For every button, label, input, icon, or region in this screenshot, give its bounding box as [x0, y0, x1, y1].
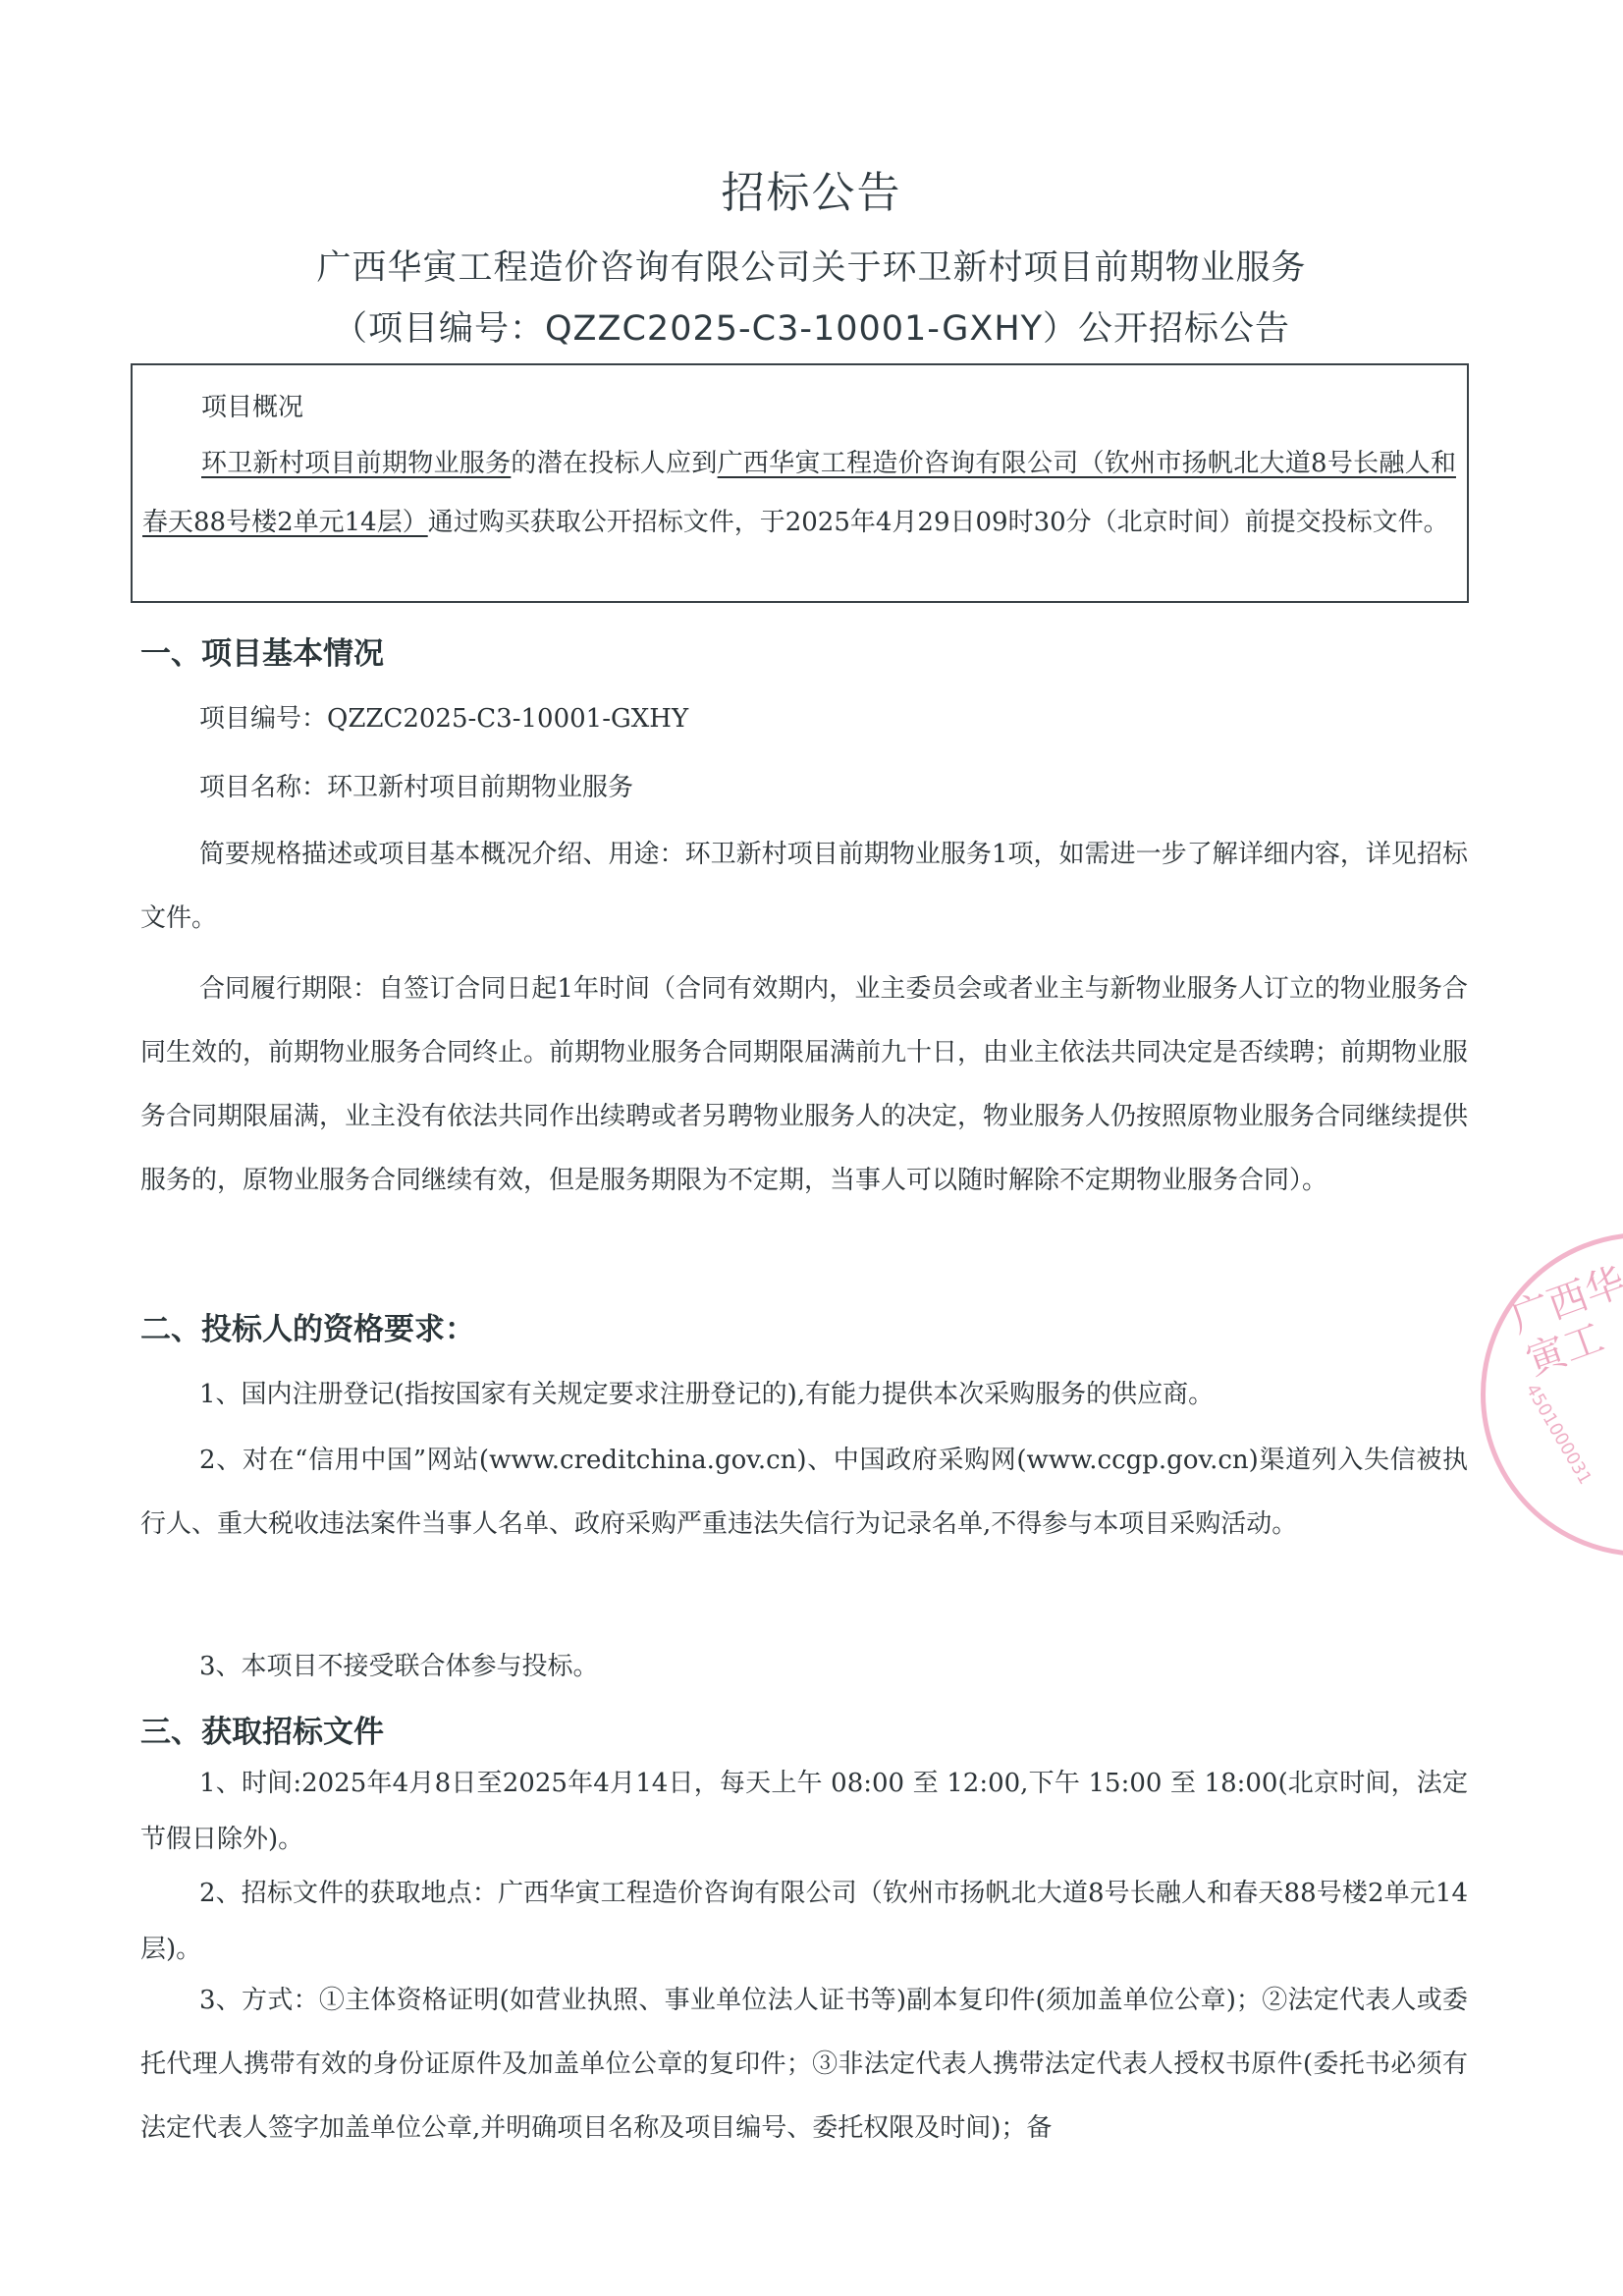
overview-text-1: 的潜在投标人应到: [511, 449, 717, 478]
section1-heading: 一、项目基本情况: [140, 629, 384, 673]
project-summary: 简要规格描述或项目基本概况介绍、用途：环卫新村项目前期物业服务1项，如需进一步了…: [140, 823, 1468, 951]
project-number: 项目编号：QZZC2025-C3-10001-GXHY: [140, 687, 1468, 751]
acquisition-time: 1、时间:2025年4月8日至2025年4月14日，每天上午 08:00 至 1…: [140, 1756, 1468, 1868]
project-name: 项目名称：环卫新村项目前期物业服务: [140, 756, 1468, 820]
document-subtitle-line2: （项目编号：QZZC2025-C3-10001-GXHY）公开招标公告: [0, 301, 1623, 351]
section3-heading: 三、获取招标文件: [140, 1707, 384, 1751]
qualification-item-1: 1、国内注册登记(指按国家有关规定要求注册登记的),有能力提供本次采购服务的供应…: [140, 1363, 1468, 1427]
section2-heading: 二、投标人的资格要求：: [140, 1304, 475, 1348]
qualification-item-3: 3、本项目不接受联合体参与投标。: [140, 1635, 1468, 1699]
overview-text-2: 通过购买获取公开招标文件，于2025年4月29日09时30分（北京时间）前提交投…: [428, 508, 1449, 537]
overview-paragraph: 环卫新村项目前期物业服务的潜在投标人应到广西华寅工程造价咨询有限公司（钦州市扬帆…: [142, 434, 1456, 552]
contract-period: 合同履行期限：自签订合同日起1年时间（合同有效期内，业主委员会或者业主与新物业服…: [140, 957, 1468, 1213]
overview-project-name: 环卫新村项目前期物业服务: [201, 449, 511, 478]
document-subtitle-line1: 广西华寅工程造价咨询有限公司关于环卫新村项目前期物业服务: [0, 241, 1623, 290]
document-page: 招标公告 广西华寅工程造价咨询有限公司关于环卫新村项目前期物业服务 （项目编号：…: [0, 0, 1623, 2296]
project-overview-box: 项目概况 环卫新村项目前期物业服务的潜在投标人应到广西华寅工程造价咨询有限公司（…: [131, 363, 1469, 603]
overview-heading: 项目概况: [201, 387, 303, 423]
qualification-item-2: 2、对在“信用中国”网站(www.creditchina.gov.cn)、中国政…: [140, 1429, 1468, 1557]
acquisition-location: 2、招标文件的获取地点：广西华寅工程造价咨询有限公司（钦州市扬帆北大道8号长融人…: [140, 1866, 1468, 1978]
acquisition-method: 3、方式：①主体资格证明(如营业执照、事业单位法人证书等)副本复印件(须加盖单位…: [140, 1969, 1468, 2160]
document-title: 招标公告: [0, 157, 1623, 220]
